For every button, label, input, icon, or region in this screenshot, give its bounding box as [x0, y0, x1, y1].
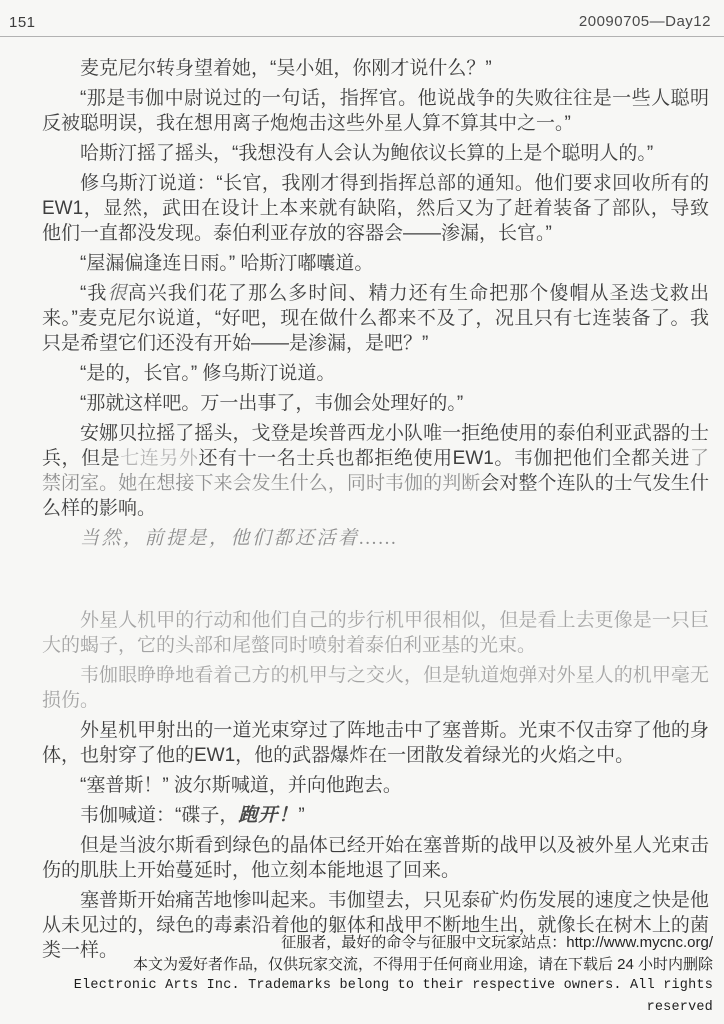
paragraph: 修乌斯汀说道：“长官，我刚才得到指挥总部的通知。他们要求回收所有的EW1，显然，… [42, 171, 709, 246]
text-segment: 哈斯汀摇了摇头，“我想没有人会认为鲍依议长算的上是个聪明人的。” [80, 143, 653, 164]
body-text: 麦克尼尔转身望着她，“吴小姐，你刚才说什么？”“那是韦伽中尉说过的一句话，指挥官… [42, 56, 709, 968]
text-segment: 外星人机甲的行动和他们自己的步行机甲很相似，但是看上去更像是一只巨大的蝎子，它的… [42, 610, 709, 656]
page-number: 151 [9, 14, 36, 31]
text-segment-faded: 七连另外 [120, 448, 198, 469]
page-footer: 征服者，最好的命令与征服中文玩家站点：http://www.mycnc.org/… [12, 932, 713, 1018]
text-segment: 但是当波尔斯看到绿色的晶体已经开始在塞普斯的战甲以及被外星人光束击伤的肌肤上开始… [42, 835, 709, 881]
text-segment: “那是韦伽中尉说过的一句话，指挥官。他说战争的失败往往是一些人聪明反被聪明误，我… [42, 88, 709, 134]
paragraph: “屋漏偏逢连日雨。” 哈斯汀嘟囔道。 [42, 251, 709, 276]
text-segment: 韦伽喊道：“碟子， [80, 805, 238, 826]
text-segment-script-bold: 跑开！ [238, 805, 298, 826]
text-segment: ” [298, 805, 304, 826]
text-segment: “是的，长官。” 修乌斯汀说道。 [80, 363, 335, 384]
scene-break-gap [42, 556, 709, 608]
footer-site-line: 征服者，最好的命令与征服中文玩家站点：http://www.mycnc.org/ [12, 932, 713, 954]
paragraph: “塞普斯！” 波尔斯喊道，并向他跑去。 [42, 773, 709, 798]
paragraph: 安娜贝拉摇了摇头，戈登是埃普西龙小队唯一拒绝使用的泰伯利亚武器的士兵，但是七连另… [42, 421, 709, 521]
text-segment: 韦伽眼睁睁地看着己方的机甲与之交火，但是轨道炮弹对外星人的机甲毫无损伤。 [42, 665, 709, 711]
paragraph: “那是韦伽中尉说过的一句话，指挥官。他说战争的失败往往是一些人聪明反被聪明误，我… [42, 86, 709, 136]
text-segment-script: 很 [108, 283, 128, 304]
paragraph: 外星机甲射出的一道光束穿过了阵地击中了塞普斯。光束不仅击穿了他的身体，也射穿了他… [42, 718, 709, 768]
text-segment: 当然，前提是，他们都还活着…… [80, 528, 398, 549]
text-segment: 修乌斯汀说道：“长官，我刚才得到指挥总部的通知。他们要求回收所有的EW1，显然，… [42, 173, 709, 244]
header-divider [0, 36, 724, 37]
paragraph: 韦伽喊道：“碟子，跑开！” [42, 803, 709, 828]
text-segment: 外星机甲射出的一道光束穿过了阵地击中了塞普斯。光束不仅击穿了他的身体，也射穿了他… [42, 720, 709, 766]
text-segment: 还有十一名士兵也都拒绝使用EW1。韦伽把他们全都关进 [198, 448, 690, 469]
paragraph: 韦伽眼睁睁地看着己方的机甲与之交火，但是轨道炮弹对外星人的机甲毫无损伤。 [42, 663, 709, 713]
footer-disclaimer-line: 本文为爱好者作品，仅供玩家交流，不得用于任何商业用途，请在下载后 24 小时内删… [12, 954, 713, 976]
text-segment: “屋漏偏逢连日雨。” 哈斯汀嘟囔道。 [80, 253, 373, 274]
paragraph: “是的，长官。” 修乌斯汀说道。 [42, 361, 709, 386]
paragraph: “我很高兴我们花了那么多时间、精力还有生命把那个傻帽从圣迭戈救出来。”麦克尼尔说… [42, 281, 709, 356]
paragraph: 但是当波尔斯看到绿色的晶体已经开始在塞普斯的战甲以及被外星人光束击伤的肌肤上开始… [42, 833, 709, 883]
paragraph: 麦克尼尔转身望着她，“吴小姐，你刚才说什么？” [42, 56, 709, 81]
document-page: 151 20090705—Day12 麦克尼尔转身望着她，“吴小姐，你刚才说什么… [0, 0, 724, 1024]
text-segment: “塞普斯！” 波尔斯喊道，并向他跑去。 [80, 775, 402, 796]
paragraph: 外星人机甲的行动和他们自己的步行机甲很相似，但是看上去更像是一只巨大的蝎子，它的… [42, 608, 709, 658]
paragraph: 哈斯汀摇了摇头，“我想没有人会认为鲍依议长算的上是个聪明人的。” [42, 141, 709, 166]
footer-trademark-line: Electronic Arts Inc. Trademarks belong t… [12, 975, 713, 1018]
paragraph: 当然，前提是，他们都还活着…… [42, 526, 709, 551]
paragraph: “那就这样吧。万一出事了，韦伽会处理好的。” [42, 391, 709, 416]
text-segment: “那就这样吧。万一出事了，韦伽会处理好的。” [80, 393, 463, 414]
text-segment: 麦克尼尔转身望着她，“吴小姐，你刚才说什么？” [80, 58, 492, 79]
text-segment: “我 [80, 283, 108, 304]
text-segment: 高兴我们花了那么多时间、精力还有生命把那个傻帽从圣迭戈救出来。”麦克尼尔说道，“… [42, 283, 709, 354]
header-date-label: 20090705—Day12 [579, 13, 711, 30]
